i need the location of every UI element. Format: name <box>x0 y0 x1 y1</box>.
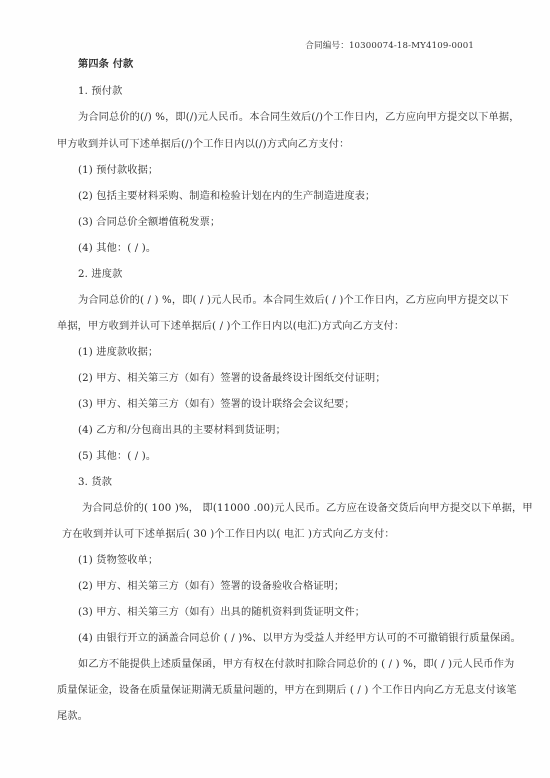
advance-p1: 为合同总价的(/) %，即(/)元人民币。本合同生效后(/)个工作日内，乙方应向… <box>78 111 520 124</box>
progress-item: (3) 甲方、相关第三方（如有）签署的设计联络会会议纪要； <box>78 398 355 411</box>
goods-q1: 如乙方不能提供上述质量保函，甲方有权在付款时扣除合同总价的 ( / ) %，即(… <box>78 658 514 671</box>
article-4-title: 第四条 付款 <box>78 58 133 71</box>
goods-item: (3) 甲方、相关第三方（如有）出具的随机资料到货证明文件； <box>78 606 365 619</box>
progress-item: (2) 甲方、相关第三方（如有）签署的设备最终设计图纸交付证明； <box>78 372 386 385</box>
advance-p2: 甲方收到并认可下述单据后(/)个工作日内以(/)方式向乙方支付： <box>57 138 349 151</box>
goods-q3: 尾款。 <box>57 710 88 723</box>
goods-title: 3. 货款 <box>78 476 112 489</box>
goods-item: (4) 由银行开立的涵盖合同总价 ( / )%、以甲方为受益人并经甲方认可的不可… <box>78 632 521 645</box>
advance-item: (3) 合同总价全额增值税发票； <box>78 216 220 229</box>
advance-title: 1. 预付款 <box>78 85 122 98</box>
goods-item: (2) 甲方、相关第三方（如有）签署的设备验收合格证明； <box>78 580 344 593</box>
advance-item: (1) 预付款收据； <box>78 164 158 177</box>
advance-item: (4) 其他：( / )。 <box>78 242 156 255</box>
progress-p2: 单据，甲方收到并认可下述单据后( / )个工作日内以(电汇)方式向乙方支付： <box>57 320 404 333</box>
progress-item: (5) 其他：( / )。 <box>78 450 156 463</box>
document-page: 合同编号：10300074-18-MY4109-0001 第四条 付款 1. 预… <box>0 0 550 778</box>
goods-p1: 为合同总价的( 100 )%， 即(11000 .00)元人民币。乙方应在设备交… <box>82 502 533 515</box>
goods-q2: 质量保证金，设备在质量保证期满无质量问题的，甲方在到期后 ( / ) 个工作日内… <box>57 684 517 697</box>
progress-item: (4) 乙方和/分包商出具的主要材料到货证明； <box>78 424 286 437</box>
progress-item: (1) 进度款收据； <box>78 346 158 359</box>
progress-title: 2. 进度款 <box>78 268 122 281</box>
advance-item: (2) 包括主要材料采购、制造和检验计划在内的生产制造进度表； <box>78 190 375 203</box>
contract-number: 合同编号：10300074-18-MY4109-0001 <box>305 40 474 53</box>
progress-p1: 为合同总价的( / ) %，即( / )元人民币。本合同生效后( / )个工作日… <box>78 294 509 307</box>
goods-p2: 方在收到并认可下述单据后( 30 )个工作日内以( 电汇 )方式向乙方支付： <box>62 528 395 541</box>
goods-item: (1) 货物签收单； <box>78 554 158 567</box>
